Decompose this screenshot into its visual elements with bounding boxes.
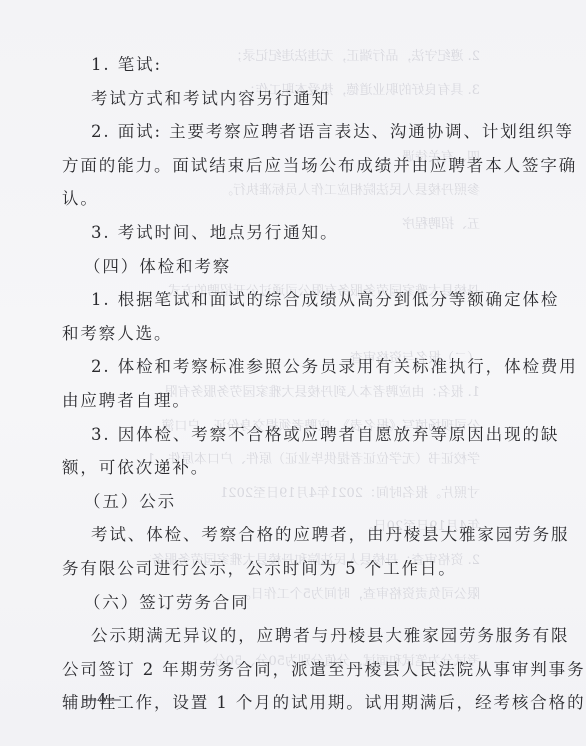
- paragraph-line: 公司签订 2 年期劳务合同，派遣至丹棱县人民法院从事审判事务: [62, 653, 512, 687]
- paragraph-line: 方面的能力。面试结束后应当场公布成绩并由应聘者本人签字确: [62, 149, 512, 183]
- paragraph-line: 公示期满无异议的，应聘者与丹棱县大雅家园劳务服务有限: [62, 619, 512, 653]
- paragraph-line: 1. 根据笔试和面试的综合成绩从高分到低分等额确定体检: [62, 283, 512, 317]
- paragraph-line: 辅助性工作，设置 1 个月的试用期。试用期满后，经考核合格的，: [62, 686, 512, 720]
- paragraph-line: 3. 考试时间、地点另行通知。: [62, 216, 512, 250]
- paragraph-line: 2. 面试: 主要考察应聘者语言表达、沟通协调、计划组织等: [62, 115, 512, 149]
- paragraph-line: 1. 笔试:: [62, 48, 512, 82]
- paragraph-line: 和考察人选。: [62, 317, 512, 351]
- paragraph-line: 考试方式和考试内容另行通知: [62, 82, 512, 116]
- section-heading: （六）签订劳务合同: [62, 586, 512, 620]
- paragraph-line: 3. 因体检、考察不合格或应聘者自愿放弃等原因出现的缺: [62, 418, 512, 452]
- section-heading: （五）公示: [62, 485, 512, 519]
- section-heading: （四）体检和考察: [62, 250, 512, 284]
- paragraph-line: 额，可依次递补。: [62, 451, 512, 485]
- page-number: —4—: [82, 690, 122, 708]
- paragraph-line: 由应聘者自理。: [62, 384, 512, 418]
- document-body: 1. 笔试:考试方式和考试内容另行通知2. 面试: 主要考察应聘者语言表达、沟通…: [62, 48, 512, 720]
- paragraph-line: 考试、体检、考察合格的应聘者，由丹棱县大雅家园劳务服: [62, 518, 512, 552]
- paragraph-line: 认。: [62, 182, 512, 216]
- document-page: 2. 遵纪守法，品行端正，无违法违纪记录；3. 具有良好的职业道德，热爱本职工作…: [0, 0, 586, 746]
- paragraph-line: 2. 体检和考察标准参照公务员录用有关标准执行，体检费用: [62, 350, 512, 384]
- paragraph-line: 务有限公司进行公示，公示时间为 5 个工作日。: [62, 552, 512, 586]
